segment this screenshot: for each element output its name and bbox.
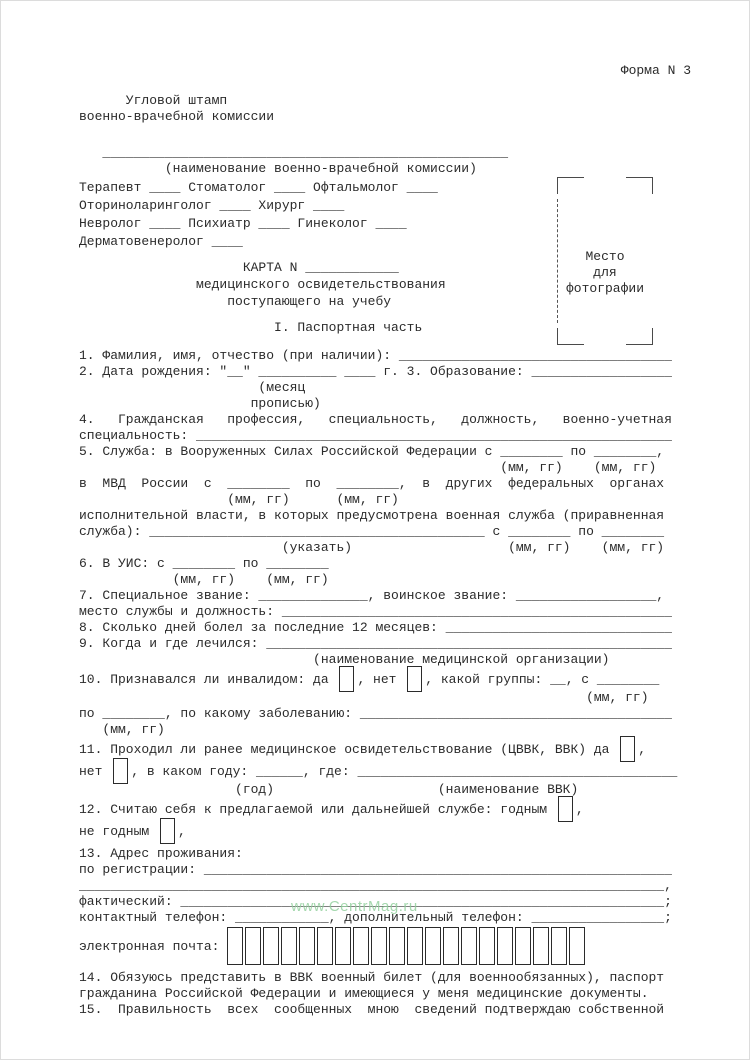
email-char-cell[interactable] [515, 927, 531, 965]
document-body: Форма N 3 Угловой штамп военно-врачебной… [1, 1, 749, 1018]
prior-exam-no-text-1: нет [79, 764, 110, 779]
email-char-cell[interactable] [263, 927, 279, 965]
line-rank: 7. Специальное звание: ______________, в… [79, 588, 749, 604]
line-service-armed-forces: 5. Служба: в Вооруженных Силах Российско… [79, 444, 749, 460]
email-char-cell[interactable] [569, 927, 585, 965]
email-char-cell[interactable] [371, 927, 387, 965]
line-email: электронная почта: [79, 926, 749, 966]
line-disability: 10. Признавался ли инвалидом: да , нет ,… [79, 668, 749, 690]
line-duty-station: место службы и должность: ______________… [79, 604, 749, 620]
fitness-unfit-checkbox[interactable] [160, 818, 175, 844]
email-char-cell[interactable] [353, 927, 369, 965]
fitness-unfit-text-1: не годным [79, 824, 157, 839]
email-char-cell[interactable] [461, 927, 477, 965]
line-month-caption-2: прописью) [79, 396, 749, 412]
photo-label-line-3: фотографии [557, 281, 653, 297]
line-prior-examination-no: нет , в каком году: ______, где: _______… [79, 760, 749, 782]
line-service-caption-1: (мм, гг) (мм, гг) [79, 460, 749, 476]
disability-text-1: 10. Признавался ли инвалидом: да [79, 672, 336, 687]
line-service-mvd: в МВД России с ________ по ________, в д… [79, 476, 749, 492]
line-commission-name-blank: ________________________________________… [79, 145, 749, 161]
photo-label-line-1: Место [557, 249, 653, 265]
email-char-cell[interactable] [407, 927, 423, 965]
photo-corner-bottom-left-icon [557, 328, 584, 345]
line-service-federal: исполнительной власти, в которых предусм… [79, 508, 749, 524]
line-prior-examination: 11. Проходил ли ранее медицинское освиде… [79, 738, 749, 760]
photo-corner-top-right-icon [626, 177, 653, 194]
line-uis: 6. В УИС: с ________ по ________ [79, 556, 749, 572]
line-address-registration: по регистрации: ________________________… [79, 862, 749, 878]
photo-corner-top-left-icon [557, 177, 584, 194]
watermark: www.CentrMag.ru [291, 898, 418, 915]
disability-text-3: , какой группы: __, с ________ [425, 672, 659, 687]
email-char-cell[interactable] [497, 927, 513, 965]
line-profession: 4. Гражданская профессия, специальность,… [79, 412, 749, 428]
disability-yes-checkbox[interactable] [339, 666, 354, 692]
line-address-heading: 13. Адрес проживания: [79, 846, 749, 862]
email-char-cell[interactable] [479, 927, 495, 965]
email-char-cell[interactable] [533, 927, 549, 965]
line-address-continuation: ________________________________________… [79, 878, 749, 894]
email-char-cell[interactable] [335, 927, 351, 965]
email-char-cell[interactable] [299, 927, 315, 965]
email-char-cell[interactable] [317, 927, 333, 965]
photo-label-line-2: для [557, 265, 653, 281]
line-fitness-unfit: не годным , [79, 820, 749, 842]
photo-corner-bottom-right-icon [626, 328, 653, 345]
prior-exam-text-1: 11. Проходил ли ранее медицинское освиде… [79, 742, 617, 757]
fitness-text-2: , [576, 802, 584, 817]
line-form-number: Форма N 3 [79, 63, 749, 79]
line-service-caption-3: (указать) (мм, гг) (мм, гг) [79, 540, 749, 556]
line-confirmation: 15. Правильность всех сообщенных мною св… [79, 1002, 749, 1018]
email-char-cell[interactable] [425, 927, 441, 965]
prior-exam-no-text-2: , в каком году: ______, где: ___________… [131, 764, 677, 779]
line-stamp-2: военно-врачебной комиссии [79, 109, 749, 125]
line-obligation-1: 14. Обязуюсь представить в ВВК военный б… [79, 970, 749, 986]
line-service-caption-2: (мм, гг) (мм, гг) [79, 492, 749, 508]
email-label: электронная почта: [79, 939, 227, 954]
email-char-cell[interactable] [551, 927, 567, 965]
email-char-cell[interactable] [245, 927, 261, 965]
form-page: Форма N 3 Угловой штамп военно-врачебной… [0, 0, 750, 1060]
email-char-cell[interactable] [443, 927, 459, 965]
email-char-cell[interactable] [281, 927, 297, 965]
line-birthdate-education: 2. Дата рождения: "__" __________ ____ г… [79, 364, 749, 380]
photo-placeholder: Место для фотографии [557, 177, 653, 345]
line-speciality-blank: специальность: _________________________… [79, 428, 749, 444]
line-prior-exam-caption: (год) (наименование ВВК) [79, 782, 749, 798]
photo-label: Место для фотографии [557, 249, 653, 297]
line-disability-caption-1: (мм, гг) [79, 690, 749, 706]
line-sick-days: 8. Сколько дней болел за последние 12 ме… [79, 620, 749, 636]
fitness-text-1: 12. Считаю себя к предлагаемой или дальн… [79, 802, 555, 817]
disability-text-2: , нет [357, 672, 404, 687]
line-disability-caption-2: (мм, гг) [79, 722, 749, 738]
line-uis-caption: (мм, гг) (мм, гг) [79, 572, 749, 588]
line-surname: 1. Фамилия, имя, отчество (при наличии):… [79, 348, 749, 364]
prior-exam-text-2: , [638, 742, 646, 757]
line-obligation-2: гражданина Российской Федерации и имеющи… [79, 986, 749, 1002]
line-commission-name-caption: (наименование военно-врачебной комиссии) [79, 161, 749, 177]
line-month-caption-1: (месяц [79, 380, 749, 396]
line-treatment: 9. Когда и где лечился: ________________… [79, 636, 749, 652]
fitness-fit-checkbox[interactable] [558, 796, 573, 822]
line-fitness: 12. Считаю себя к предлагаемой или дальн… [79, 798, 749, 820]
line-stamp-1: Угловой штамп [79, 93, 749, 109]
disability-no-checkbox[interactable] [407, 666, 422, 692]
email-char-cell[interactable] [389, 927, 405, 965]
email-char-cell[interactable] [227, 927, 243, 965]
line-service-equivalent: служба): _______________________________… [79, 524, 749, 540]
fitness-unfit-text-2: , [178, 824, 186, 839]
line-disability-illness: по ________, по какому заболеванию: ____… [79, 706, 749, 722]
prior-exam-no-checkbox[interactable] [113, 758, 128, 784]
prior-exam-yes-checkbox[interactable] [620, 736, 635, 762]
